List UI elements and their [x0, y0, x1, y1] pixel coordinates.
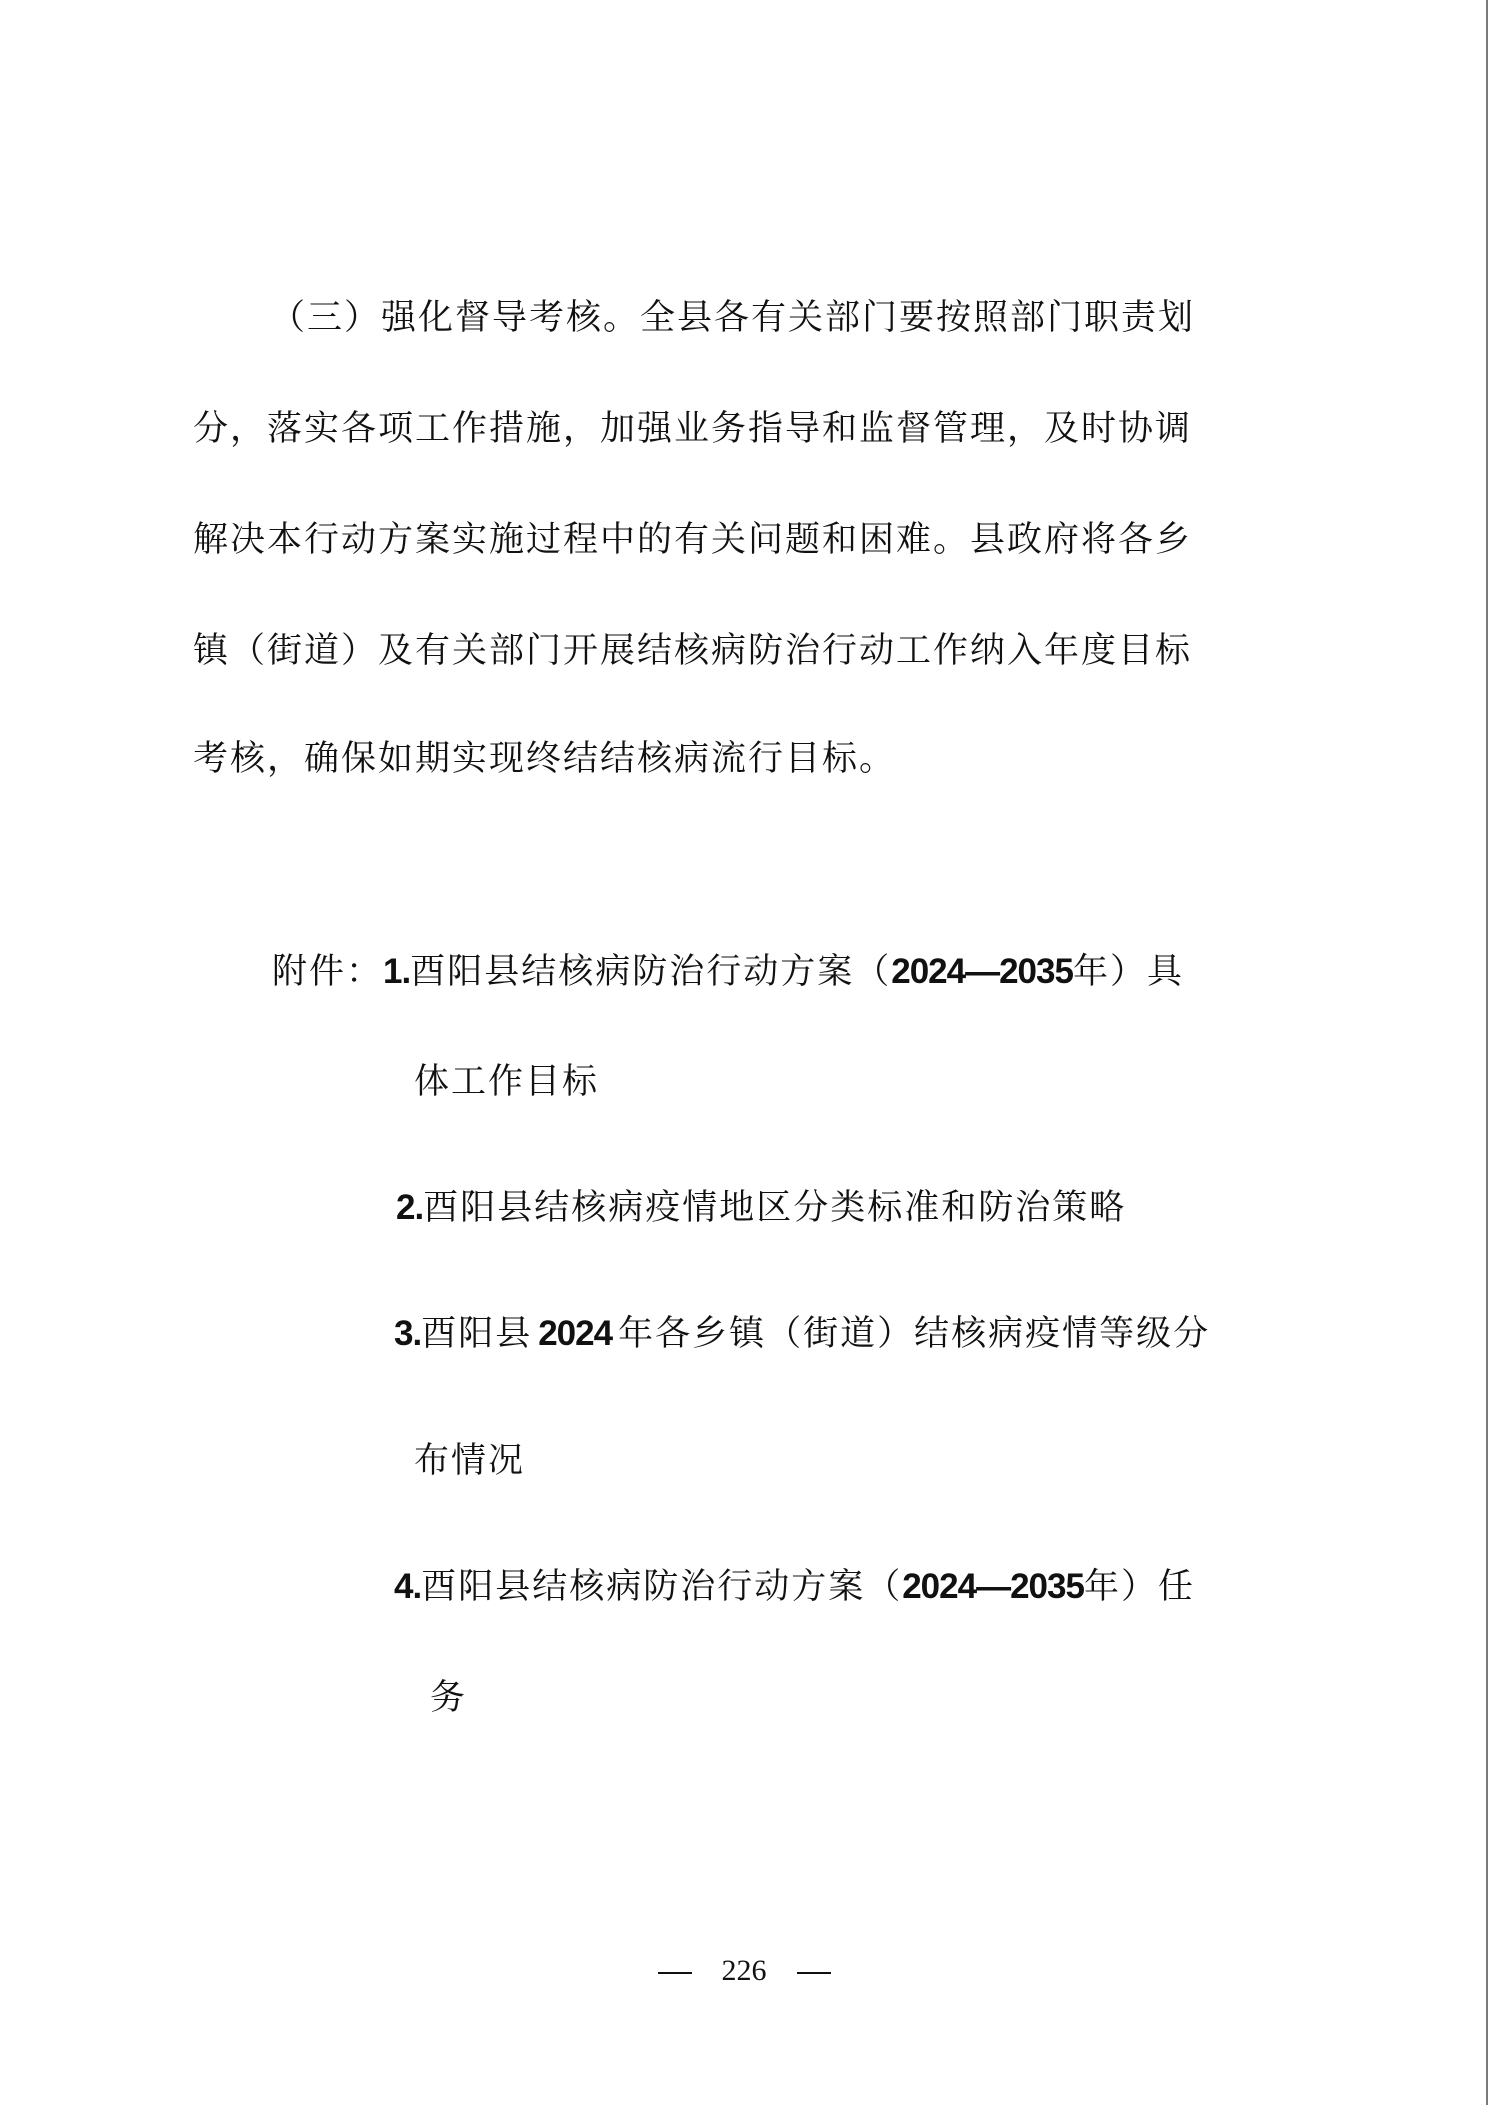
attachment-3-title-pre: 酉阳县 [421, 1314, 532, 1354]
paragraph-line-2: 分，落实各项工作措施，加强业务指导和监督管理，及时协调 [193, 407, 1192, 451]
attachment-1: 附件：1.酉阳县结核病防治行动方案（2024—2035年）具 [272, 950, 1184, 994]
attachment-3-title-post: 年各乡镇（街道）结核病疫情等级分 [618, 1314, 1210, 1354]
attachment-4-title-pre: 酉阳县结核病防治行动方案（ [421, 1567, 902, 1607]
attachment-2-title: 酉阳县结核病疫情地区分类标准和防治策略 [423, 1188, 1126, 1228]
attachment-4-number: 4. [394, 1567, 421, 1606]
paragraph-line-1: （三）强化督导考核。全县各有关部门要按照部门职责划 [270, 296, 1195, 340]
page-number-dash-left [658, 1972, 692, 1974]
paragraph-line-3: 解决本行动方案实施过程中的有关问题和困难。县政府将各乡 [193, 518, 1192, 562]
attachment-4-title-post: 年）任 [1084, 1567, 1195, 1607]
attachment-3-number: 3. [394, 1314, 421, 1353]
attachment-3-continuation: 布情况 [414, 1439, 525, 1483]
attachment-1-continuation: 体工作目标 [414, 1060, 599, 1104]
attachment-1-number: 1. [383, 952, 410, 991]
paragraph-line-5: 考核，确保如期实现终结结核病流行目标。 [193, 737, 896, 781]
paragraph-line-4: 镇（街道）及有关部门开展结核病防治行动工作纳入年度目标 [193, 629, 1192, 673]
attachment-1-title-post: 年）具 [1073, 952, 1184, 992]
attachment-1-title-pre: 酉阳县结核病防治行动方案（ [410, 952, 891, 992]
page-number: 226 [722, 1954, 767, 1987]
attachment-3-year: 2024 [538, 1314, 612, 1353]
attachment-4: 4.酉阳县结核病防治行动方案（2024—2035年）任 [394, 1565, 1195, 1609]
attachment-4-years: 2024—2035 [902, 1567, 1084, 1606]
page-number-footer: 226 [0, 1953, 1488, 1989]
attachment-2: 2.酉阳县结核病疫情地区分类标准和防治策略 [396, 1186, 1126, 1230]
attachment-3: 3.酉阳县2024年各乡镇（街道）结核病疫情等级分 [394, 1312, 1210, 1356]
page-number-dash-right [797, 1972, 831, 1974]
attachments-label: 附件： [272, 952, 383, 992]
attachment-2-number: 2. [396, 1188, 423, 1227]
attachment-1-years: 2024—2035 [891, 952, 1073, 991]
attachment-4-continuation: 务 [430, 1676, 467, 1720]
